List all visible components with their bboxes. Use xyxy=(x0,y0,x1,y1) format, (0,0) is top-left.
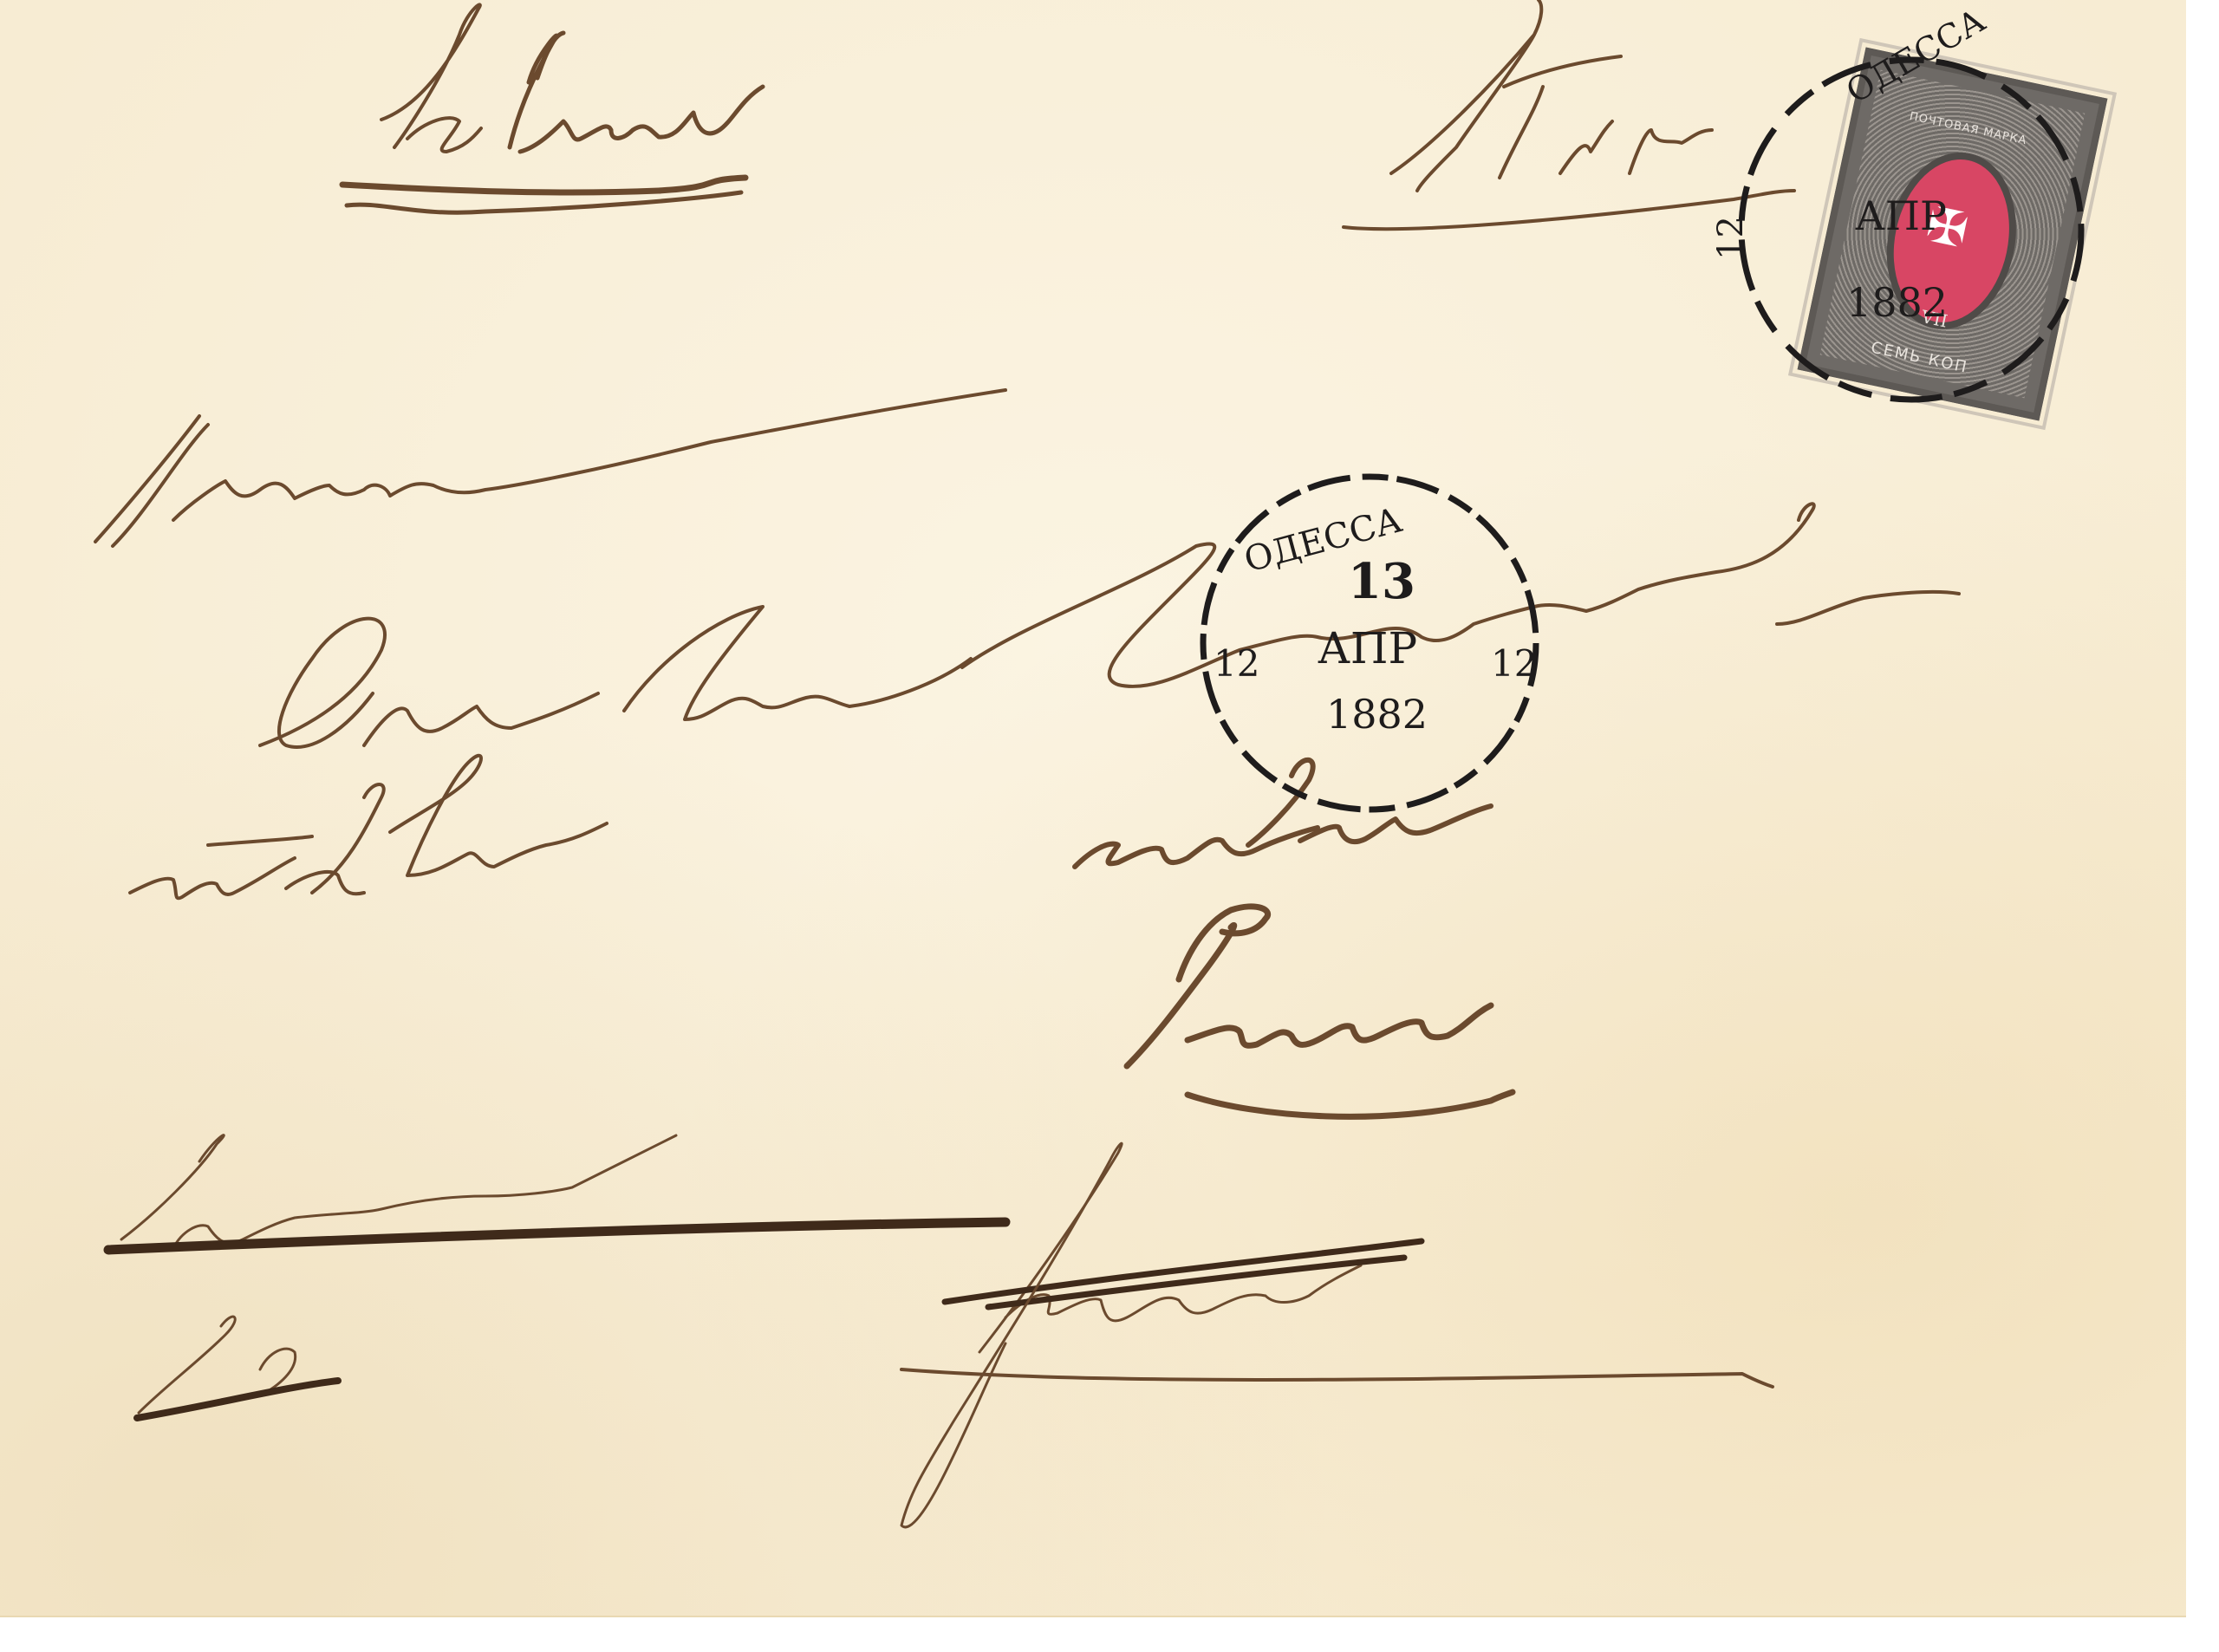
cancellation-year: 1882 xyxy=(1846,279,1948,326)
stamp-cancellation-postmark: ОДЕССА 12 АПР 1882 xyxy=(1711,1,2081,400)
transit-month: АПР xyxy=(1318,623,1417,673)
envelope: per Umanoro (via) Italia Marchesa Silvia… xyxy=(0,0,2186,1617)
transit-right: 12 xyxy=(1491,642,1537,685)
transit-year: 1882 xyxy=(1326,691,1428,738)
cancellation-month: АПР xyxy=(1855,192,1947,239)
cancellation-town: ОДЕССА xyxy=(1840,1,1992,111)
transit-left: 12 xyxy=(1214,642,1259,685)
transit-postmark: ОДЕССА 13 АПР 1882 12 12 xyxy=(1203,477,1537,810)
transit-day: 13 xyxy=(1348,553,1415,610)
cancellation-side: 12 xyxy=(1711,216,1751,260)
postmarks: ОДЕССА 12 АПР 1882 ОДЕССА 13 АПР 1882 12… xyxy=(0,0,2186,1616)
